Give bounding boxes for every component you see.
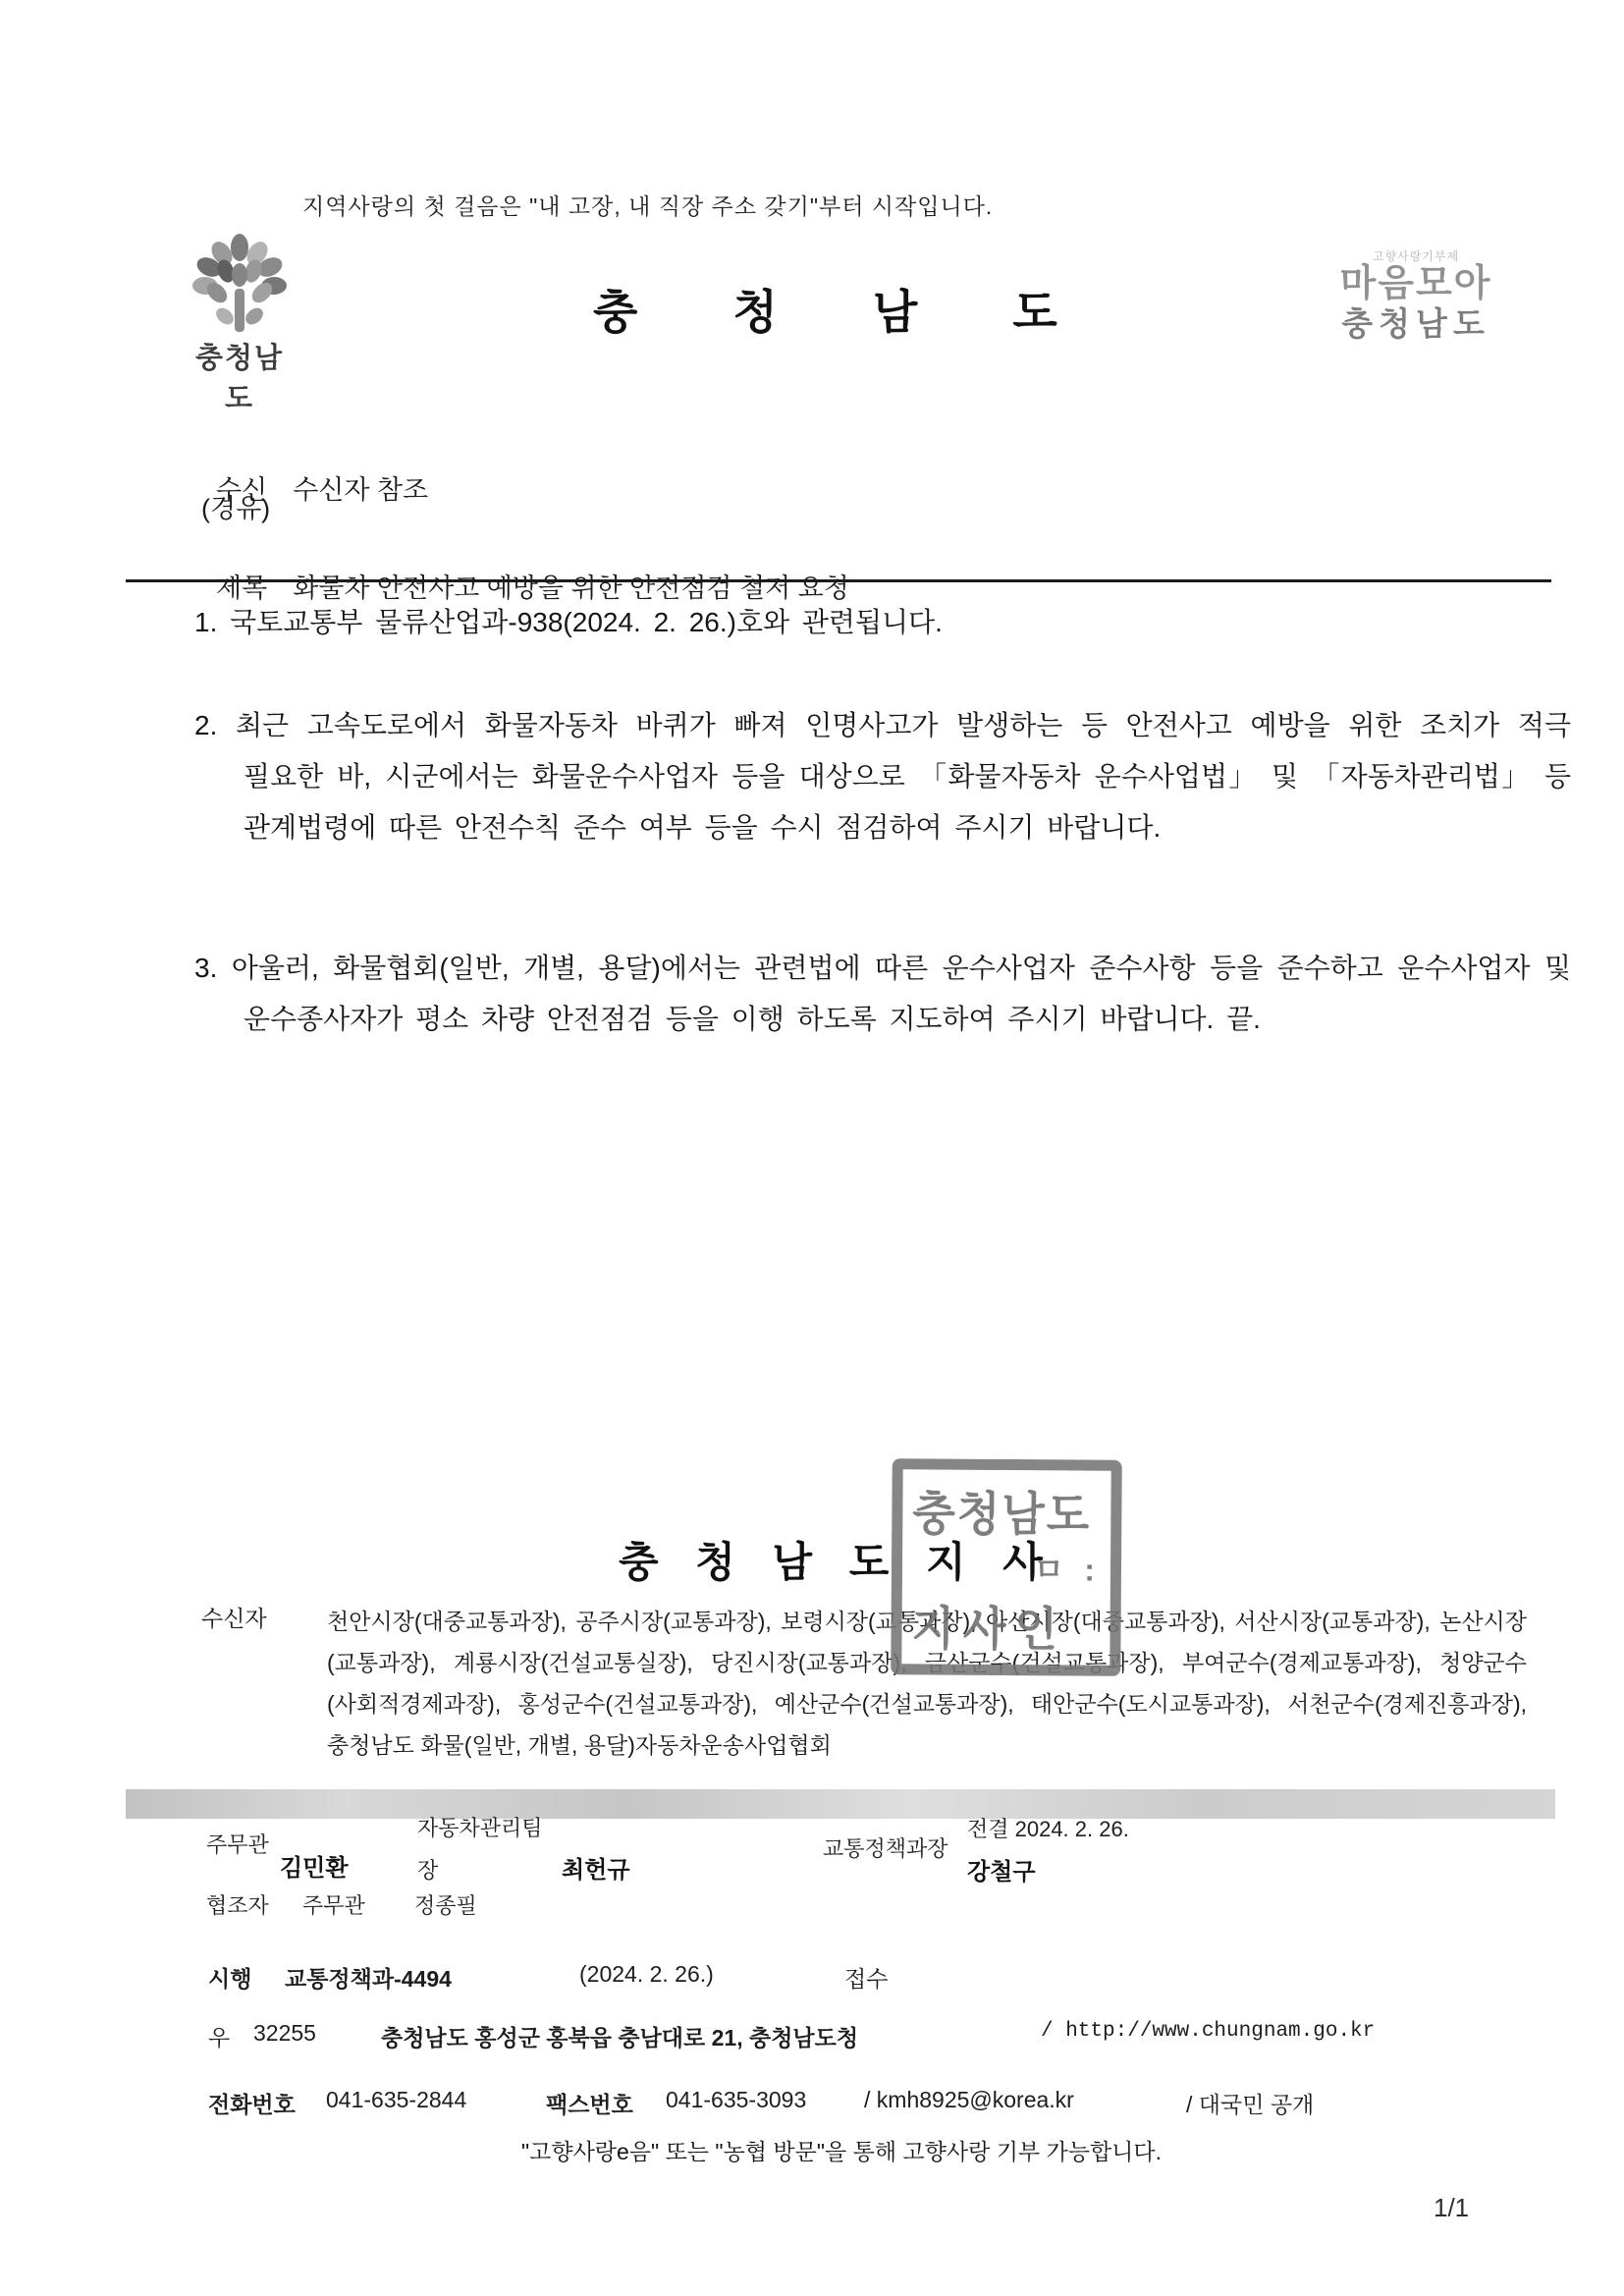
contact-email: / kmh8925@korea.kr [864,2087,1074,2113]
cooperator-label: 협조자 [206,1889,269,1920]
recipient-value: 수신자 참조 [293,475,428,505]
telephone-label: 전화번호 [208,2087,296,2119]
team-leader-name: 최헌규 [562,1850,630,1885]
scan-gray-bar [126,1789,1555,1819]
body-paragraph-2: 2. 최근 고속도로에서 화물자동차 바퀴가 빠져 인명사고가 발생하는 등 안… [194,700,1571,853]
donation-notice: "고향사랑e음" 또는 "농협 방문"을 통해 고향사랑 기부 가능합니다. [59,2134,1624,2166]
telephone-number: 041-635-2844 [326,2087,466,2113]
via-row: (경유) [201,487,270,525]
office-address: 충청남도 홍성군 홍북읍 충남대로 21, 충청남도청 [381,2020,858,2052]
governor-title: 충 청 남 도 지 사 [619,1530,1056,1589]
website-url: / http://www.chungnam.go.kr [1041,2020,1375,2043]
director-title: 교통정책과장 [823,1832,948,1863]
maeum-moa-logo-line1: 마음모아 [1318,264,1514,304]
dispatch-label: 시행 [208,1961,251,1994]
receipt-label: 접수 [844,1961,888,1994]
header-slogan: 지역사랑의 첫 걸음은 "내 고장, 내 직장 주소 갖기"부터 시작입니다. [302,189,993,221]
document-org-title: 충 청 남 도 [593,276,1099,342]
zip-label: 우 [208,2020,230,2052]
seal-text-row3: 지사인 [911,1590,1100,1659]
chungnam-flower-icon [191,232,288,334]
fax-label: 팩스번호 [546,2087,633,2119]
maeum-moa-logo: 고향사랑기부제 마음모아 충청남도 [1318,247,1514,344]
page-number: 1/1 [1434,2193,1469,2223]
body-paragraph-1: 1. 국토교통부 물류산업과-938(2024. 2. 26.)호와 관련됩니다… [194,597,1571,648]
dispatch-doc-number: 교통정책과-4494 [285,1961,452,1994]
drafter-name: 김민환 [280,1848,349,1883]
maeum-moa-logo-small-text: 고향사랑기부제 [1318,247,1514,264]
team-leader-title-line1: 자동차관리팀 [417,1812,543,1842]
body-paragraph-3: 3. 아울러, 화물협회(일반, 개별, 용달)에서는 관련법에 따른 운수사업… [194,943,1571,1045]
director-name: 강철구 [967,1852,1036,1886]
subject-row: 제목화물차 안전사고 예방을 위한 안전점검 철저 요청 [201,536,849,605]
drafter-title: 주무관 [206,1829,269,1859]
scanned-official-document: { "header": { "slogan": "지역사랑의 첫 걸음은 \"내… [0,0,1624,2296]
header-divider-line [126,579,1551,582]
chungnam-logo-label: 충청남도 [183,336,297,416]
fax-number: 041-635-3093 [666,2087,806,2113]
zip-code: 32255 [253,2020,316,2047]
cooperator-title: 주무관 [302,1889,365,1920]
recipients-list-label: 수신자 [201,1601,267,1633]
team-leader-title-line2: 장 [417,1854,438,1885]
chungnam-logo: 충청남도 [183,232,297,416]
disclosure-level: / 대국민 공개 [1186,2087,1314,2119]
dispatch-date: (2024. 2. 26.) [579,1961,714,1988]
final-decision-date: 전결 2024. 2. 26. [967,1813,1129,1843]
cooperator-name: 정종필 [414,1889,477,1920]
maeum-moa-logo-line2: 충청남도 [1318,304,1514,344]
